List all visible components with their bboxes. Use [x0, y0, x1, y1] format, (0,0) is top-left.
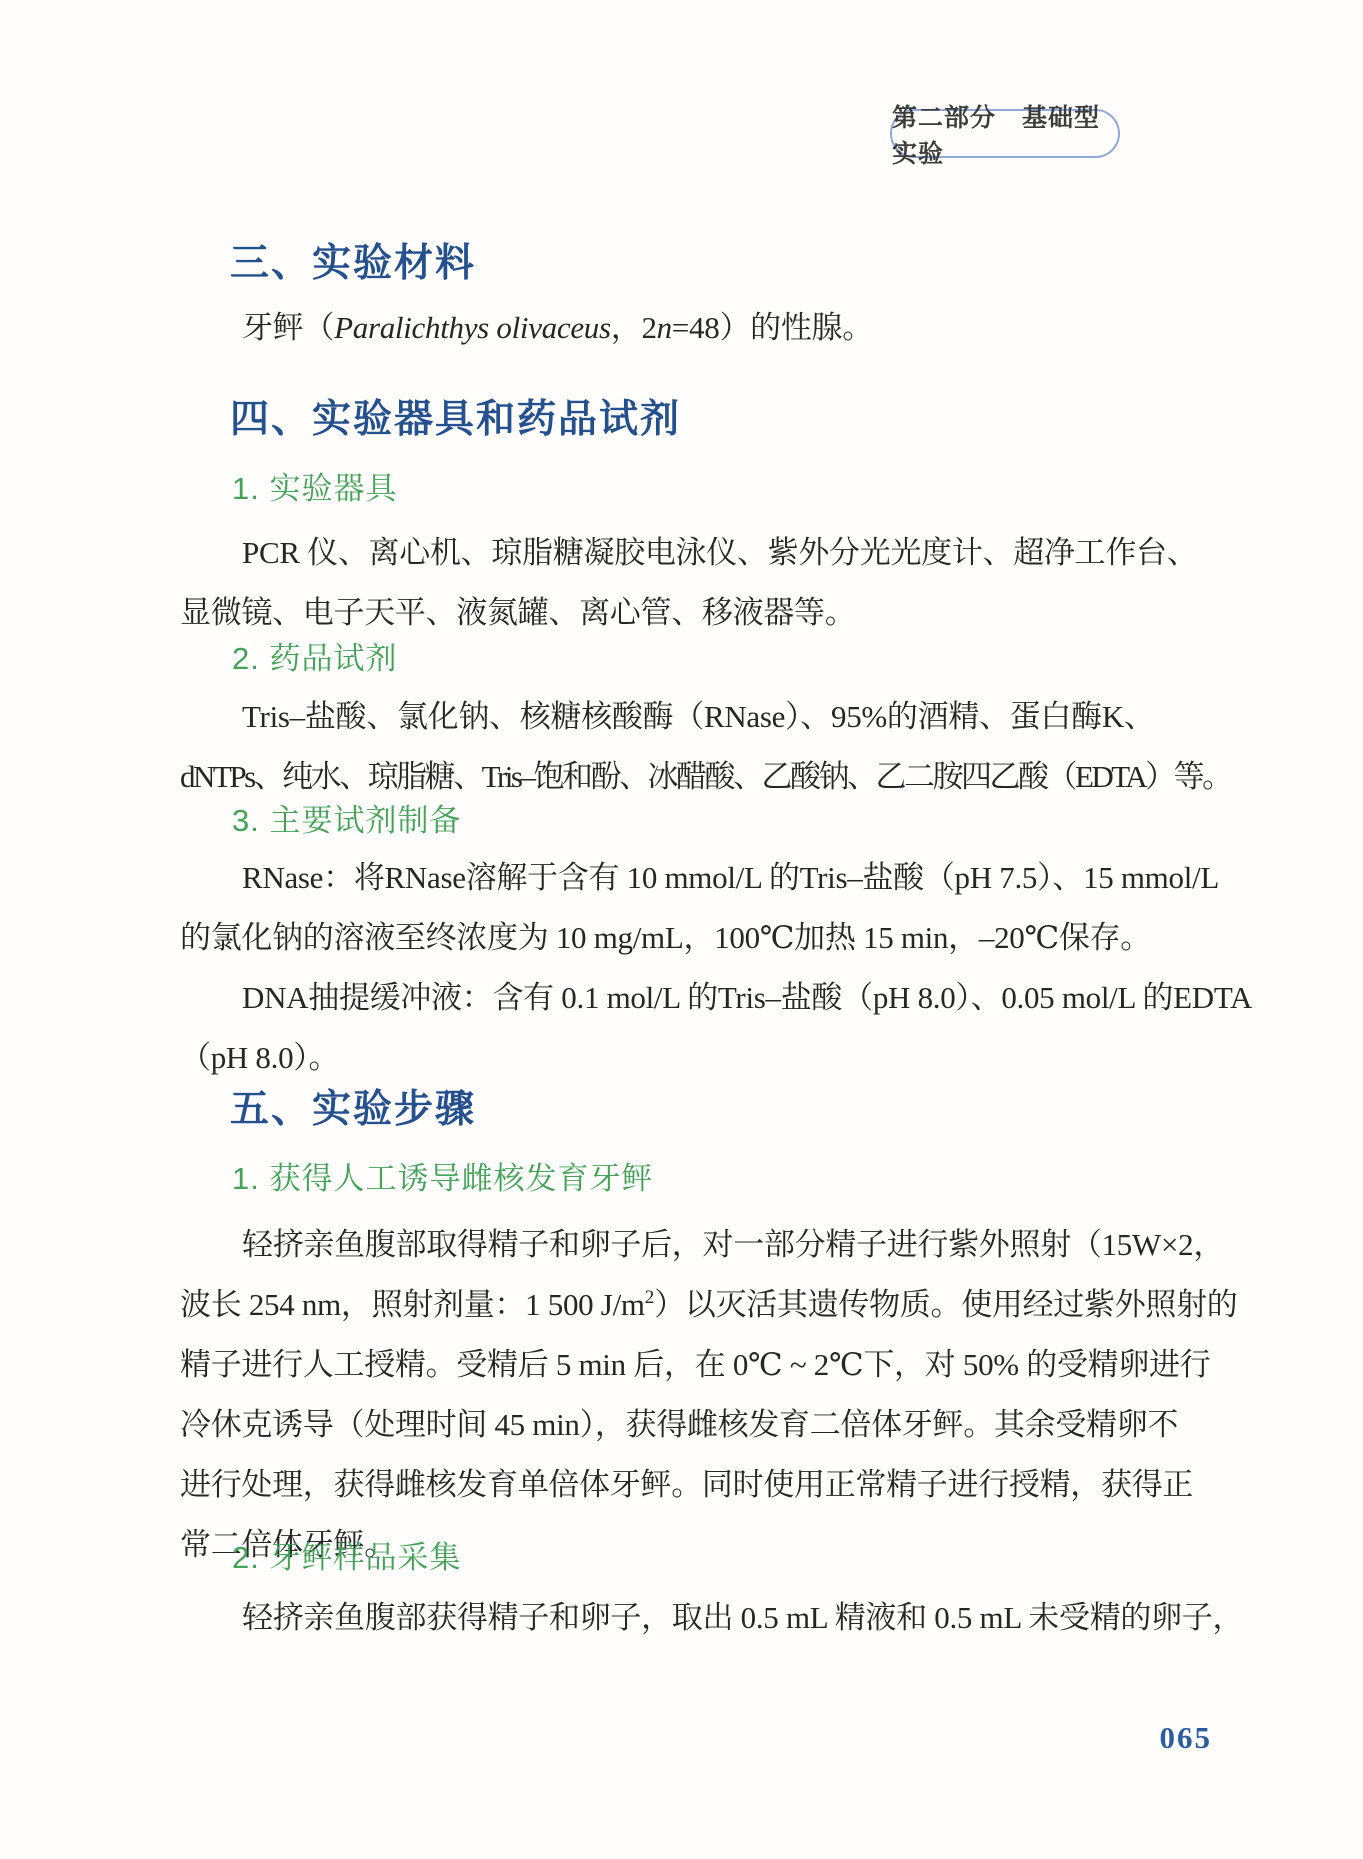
materials-text-pre: 牙鲆（ [242, 310, 334, 345]
paragraph-line-step1-5: 进行处理，获得雌核发育单倍体牙鲆。同时使用正常精子进行授精，获得正 [180, 1455, 1215, 1515]
subheading-reagents: 2. 药品试剂 [232, 638, 1215, 680]
paragraph-line-chemicals-1: Tris–盐酸、氯化钠、核糖核酸酶（RNase）、95%的酒精、蛋白酶K、 [180, 687, 1215, 747]
step1-line2-post: ）以灭活其遗传物质。使用经过紫外照射的 [654, 1287, 1237, 1322]
section-heading-materials: 三、实验材料 [230, 240, 1215, 288]
paragraph-line-step2-1: 轻挤亲鱼腹部获得精子和卵子，取出 0.5 mL 精液和 0.5 mL 未受精的卵… [180, 1588, 1215, 1648]
page-number: 065 [1160, 1720, 1213, 1756]
page-content: 三、实验材料 牙鲆（Paralichthys olivaceus，2n=48）的… [180, 0, 1215, 1859]
paragraph-line-step1-3: 精子进行人工授精。受精后 5 min 后，在 0℃ ~ 2℃下，对 50% 的受… [180, 1335, 1215, 1395]
paragraph-line-dna-buffer-2: （pH 8.0）。 [180, 1028, 1215, 1088]
paragraph-line-equipment-1: PCR 仪、离心机、琼脂糖凝胶电泳仪、紫外分光光度计、超净工作台、 [180, 523, 1215, 583]
subheading-gynogenesis: 1. 获得人工诱导雌核发育牙鲆 [232, 1158, 1215, 1200]
species-name-italic: Paralichthys olivaceus [334, 310, 611, 345]
paragraph-line-equipment-2: 显微镜、电子天平、液氮罐、离心管、移液器等。 [180, 583, 1215, 643]
paragraph-line-rnase-1: RNase：将RNase溶解于含有 10 mmol/L 的Tris–盐酸（pH … [180, 848, 1215, 908]
paragraph-line-step1-1: 轻挤亲鱼腹部取得精子和卵子后，对一部分精子进行紫外照射（15W×2， [180, 1215, 1215, 1275]
subheading-reagent-prep: 3. 主要试剂制备 [232, 800, 1215, 842]
paragraph-line-step1-2: 波长 254 nm，照射剂量：1 500 J/m2）以灭活其遗传物质。使用经过紫… [180, 1275, 1215, 1335]
materials-text-post: =48）的性腺。 [672, 310, 873, 345]
subheading-sampling: 2. 牙鲆样品采集 [232, 1537, 1215, 1579]
paragraph-line-step1-4: 冷休克诱导（处理时间 45 min），获得雌核发育二倍体牙鲆。其余受精卵不 [180, 1395, 1215, 1455]
subheading-equipment: 1. 实验器具 [232, 468, 1215, 510]
ploidy-variable-italic: n [657, 310, 672, 345]
paragraph-line-dna-buffer-1: DNA抽提缓冲液：含有 0.1 mol/L 的Tris–盐酸（pH 8.0）、0… [180, 968, 1215, 1028]
section-heading-steps: 五、实验步骤 [230, 1086, 1215, 1134]
superscript-exponent: 2 [645, 1287, 655, 1308]
document-page: 第二部分 基础型实验 三、实验材料 牙鲆（Paralichthys olivac… [0, 0, 1363, 1859]
materials-text-mid: ，2 [611, 310, 657, 345]
section-heading-apparatus: 四、实验器具和药品试剂 [230, 396, 1215, 444]
paragraph-line-chemicals-2: dNTPs、纯水、琼脂糖、Tris–饱和酚、冰醋酸、乙酸钠、乙二胺四乙酸（EDT… [180, 747, 1215, 807]
step1-line2-pre: 波长 254 nm，照射剂量：1 500 J/m [180, 1287, 645, 1322]
paragraph-line-rnase-2: 的氯化钠的溶液至终浓度为 10 mg/mL，100℃加热 15 min，–20℃… [180, 908, 1215, 968]
paragraph-line-materials: 牙鲆（Paralichthys olivaceus，2n=48）的性腺。 [180, 298, 1215, 358]
